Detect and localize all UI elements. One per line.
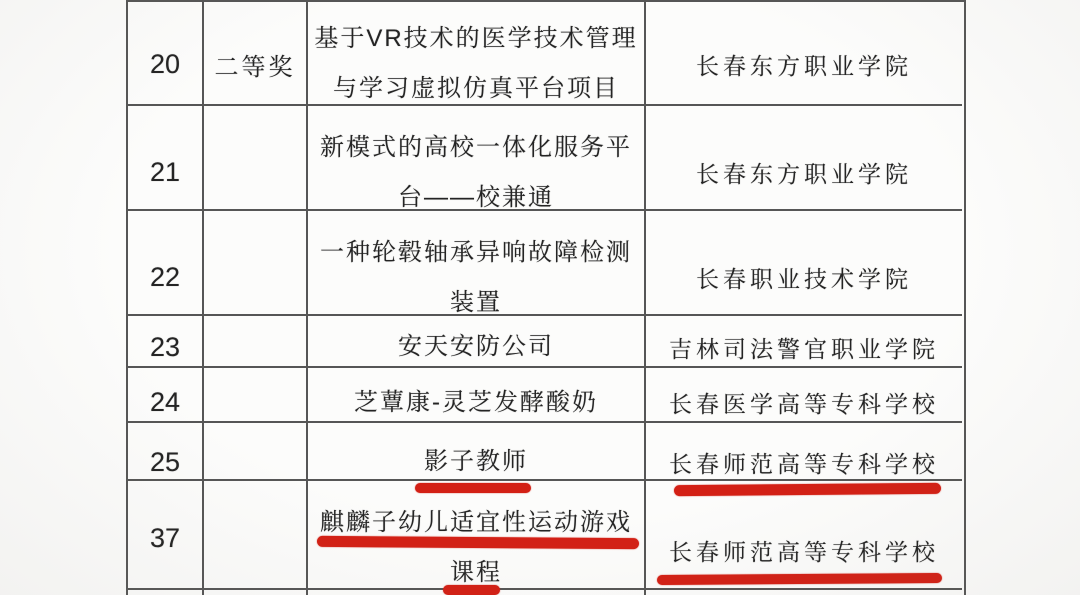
table-row-24: 24 芝蕈康-灵芝发酵酸奶 长春医学高等专科学校	[126, 368, 964, 423]
cell-institution: 长春师范高等专科学校	[644, 423, 962, 481]
cell-award	[202, 211, 306, 316]
awards-table: 20 二等奖 基于VR技术的医学技术管理 与学习虚拟仿真平台项目 长春东方职业学…	[126, 0, 966, 595]
cell-project: 影子教师	[306, 423, 644, 481]
project-line: 基于VR技术的医学技术管理	[314, 14, 637, 64]
cell-index: 24	[126, 368, 202, 423]
red-underline-row25-institution	[674, 483, 941, 496]
project-line: 装置	[450, 278, 502, 317]
table-row-25: 25 影子教师 长春师范高等专科学校	[126, 423, 964, 481]
cell-award	[202, 423, 306, 481]
red-underline-row37-project-line1	[317, 536, 639, 549]
cell-award	[202, 368, 306, 423]
table-row-23: 23 安天安防公司 吉林司法警官职业学院	[126, 316, 964, 368]
scanned-award-table-page: 20 二等奖 基于VR技术的医学技术管理 与学习虚拟仿真平台项目 长春东方职业学…	[0, 0, 1080, 595]
table-row-20: 20 二等奖 基于VR技术的医学技术管理 与学习虚拟仿真平台项目 长春东方职业学…	[126, 2, 964, 106]
project-line: 安天安防公司	[398, 322, 554, 368]
cell-institution	[644, 590, 962, 595]
cell-index	[126, 590, 202, 595]
cell-project: 一种轮毂轴承异响故障检测 装置	[306, 211, 644, 316]
cell-index: 23	[126, 316, 202, 368]
cell-index: 21	[126, 106, 202, 211]
cell-index: 25	[126, 423, 202, 481]
project-line: 课程	[450, 548, 502, 591]
cell-institution: 吉林司法警官职业学院	[644, 316, 962, 368]
cell-institution: 长春东方职业学院	[644, 106, 962, 211]
project-line: 芝蕈康-灵芝发酵酸奶	[354, 378, 598, 424]
project-line: 影子教师	[424, 437, 528, 481]
cell-project: 芝蕈康-灵芝发酵酸奶	[306, 368, 644, 423]
red-underline-row37-project-line2	[443, 585, 500, 595]
cell-index: 37	[126, 481, 202, 590]
cell-award	[202, 590, 306, 595]
cell-index: 20	[126, 2, 202, 106]
cell-project: 新模式的高校一体化服务平 台——校兼通	[306, 106, 644, 211]
cell-award	[202, 481, 306, 590]
project-line: 台——校兼通	[398, 173, 554, 212]
red-underline-row25-project	[415, 483, 531, 493]
cell-project: 基于VR技术的医学技术管理 与学习虚拟仿真平台项目	[306, 2, 644, 106]
cell-institution: 长春医学高等专科学校	[644, 368, 962, 423]
project-line: 新模式的高校一体化服务平	[320, 123, 632, 173]
cell-institution: 长春职业技术学院	[644, 211, 962, 316]
red-underline-row37-institution	[657, 573, 942, 585]
project-line: 一种轮毂轴承异响故障检测	[320, 228, 632, 278]
project-line: 与学习虚拟仿真平台项目	[333, 64, 619, 106]
cell-index: 22	[126, 211, 202, 316]
table-row-22: 22 一种轮毂轴承异响故障检测 装置 长春职业技术学院	[126, 211, 964, 316]
cell-institution: 长春东方职业学院	[644, 2, 962, 106]
cell-award	[202, 106, 306, 211]
cell-award	[202, 316, 306, 368]
table-row-21: 21 新模式的高校一体化服务平 台——校兼通 长春东方职业学院	[126, 106, 964, 211]
table-row-partial	[126, 590, 964, 595]
cell-award: 二等奖	[202, 2, 306, 106]
cell-project: 安天安防公司	[306, 316, 644, 368]
